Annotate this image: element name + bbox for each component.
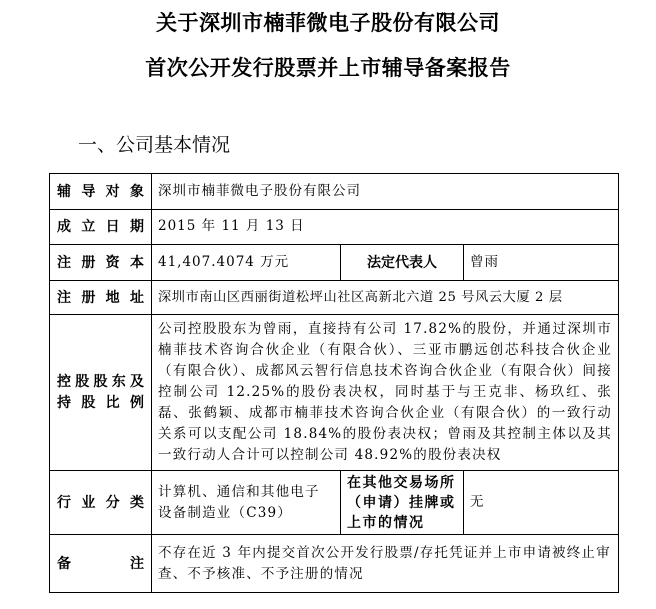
value-counseling-target: 深圳市楠菲微电子股份有限公司: [152, 174, 619, 210]
label-established-date: 成立日期: [50, 210, 152, 245]
label-controlling-shareholder: 控股股东及 持股比例: [50, 315, 152, 471]
label-registered-capital: 注册资本: [50, 245, 152, 281]
document-title-line-2: 首次公开发行股票并上市辅导备案报告: [0, 57, 656, 78]
value-other-exchange-listing: 无: [464, 471, 619, 535]
value-established-date: 2015 年 11 月 13 日: [152, 210, 619, 245]
section-heading: 一、公司基本情况: [78, 136, 230, 155]
label-line-1: 控股股东及: [57, 372, 144, 393]
company-info-table: 辅导对象 深圳市楠菲微电子股份有限公司 成立日期 2015 年 11 月 13 …: [49, 173, 619, 593]
label-line-2: 持股比例: [57, 393, 144, 414]
label-legal-representative: 法定代表人: [341, 245, 464, 281]
value-legal-representative: 曾雨: [464, 245, 619, 281]
table-row-controlling-shareholder: 控股股东及 持股比例 公司控股股东为曾雨，直接持有公司 17.82%的股份，并通…: [50, 315, 619, 471]
table-row-registered-address: 注册地址 深圳市南山区西丽街道松坪山社区高新北六道 25 号风云大厦 2 层: [50, 281, 619, 315]
value-controlling-shareholder: 公司控股股东为曾雨，直接持有公司 17.82%的股份，并通过深圳市楠菲技术咨询合…: [152, 315, 619, 471]
table-row-registered-capital: 注册资本 41,407.4074 万元 法定代表人 曾雨: [50, 245, 619, 281]
label-other-exchange-listing: 在其他交易场所（申请）挂牌或上市的情况: [341, 471, 464, 535]
table-row-established-date: 成立日期 2015 年 11 月 13 日: [50, 210, 619, 245]
document-title-line-1: 关于深圳市楠菲微电子股份有限公司: [0, 12, 656, 33]
label-registered-address: 注册地址: [50, 281, 152, 315]
label-counseling-target: 辅导对象: [50, 174, 152, 210]
table-row-counseling-target: 辅导对象 深圳市楠菲微电子股份有限公司: [50, 174, 619, 210]
label-remarks: 备注: [50, 535, 152, 593]
table-row-remarks: 备注 不存在近 3 年内提交首次公开发行股票/存托凭证并上市申请被终止审查、不予…: [50, 535, 619, 593]
value-industry: 计算机、通信和其他电子设备制造业（C39）: [152, 471, 341, 535]
value-registered-address: 深圳市南山区西丽街道松坪山社区高新北六道 25 号风云大厦 2 层: [152, 281, 619, 315]
value-remarks: 不存在近 3 年内提交首次公开发行股票/存托凭证并上市申请被终止审查、不予核准、…: [152, 535, 619, 593]
value-registered-capital: 41,407.4074 万元: [152, 245, 341, 281]
label-industry: 行业分类: [50, 471, 152, 535]
table-row-industry: 行业分类 计算机、通信和其他电子设备制造业（C39） 在其他交易场所（申请）挂牌…: [50, 471, 619, 535]
